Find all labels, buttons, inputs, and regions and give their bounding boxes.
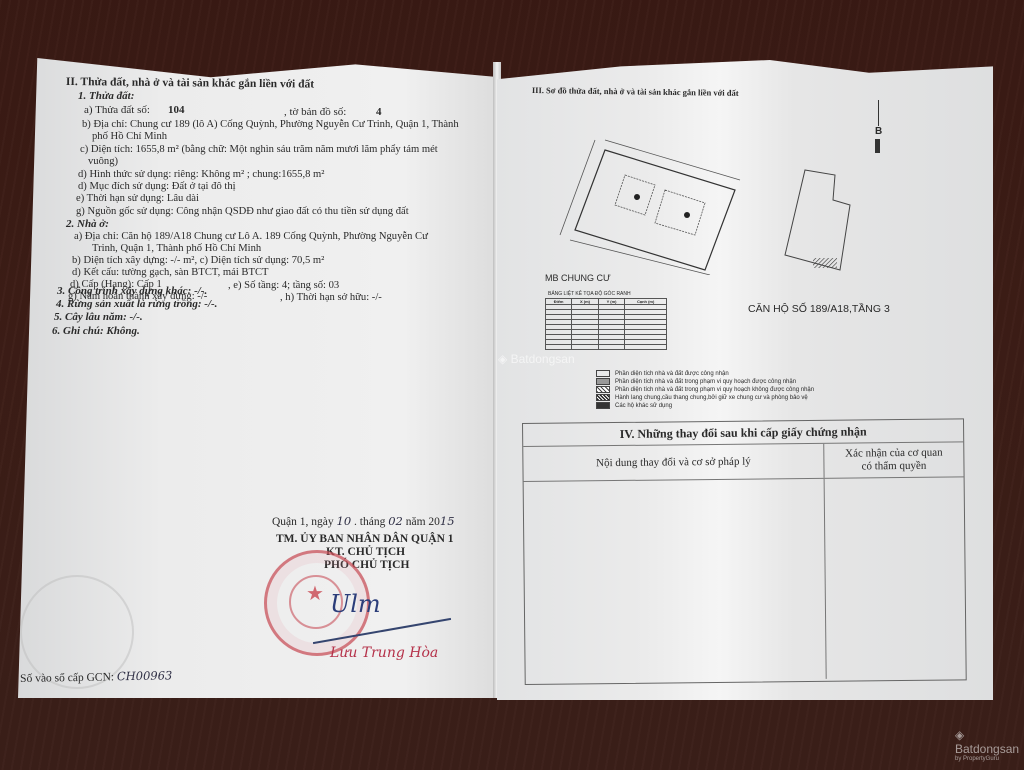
parcel-number-value: 104 [168, 104, 185, 117]
house-ownership-term: , h) Thời hạn sở hữu: -/- [280, 291, 382, 304]
north-arrow: B [875, 100, 882, 153]
parcel-number-label: a) Thửa đất số: [84, 104, 150, 117]
plan-legend: Phần diện tích nhà và đất được công nhận… [596, 370, 814, 410]
legend-swatch-dense-hatch [596, 394, 610, 401]
land-heading: 1. Thửa đất: [78, 90, 134, 103]
changes-table: IV. Những thay đổi sau khi cấp giấy chứn… [522, 418, 967, 685]
date-year-suffix: 15 [440, 514, 455, 528]
changes-col-content: Nội dung thay đổi và cơ sở pháp lý [523, 444, 824, 481]
legend-swatch-dark [596, 402, 610, 409]
site-plan-drawing [545, 135, 745, 275]
changes-content-cell [524, 479, 827, 682]
date-prefix: Quận 1, ngày [272, 516, 334, 528]
legend-item: Phần diện tích nhà và đất trong phạm vi … [596, 378, 814, 386]
scale-bar [875, 139, 880, 153]
legend-swatch-hatch [596, 386, 610, 393]
land-area-line1: c) Diện tích: 1655,8 m² (bằng chữ: Một n… [80, 143, 438, 156]
register-label: Số vào sổ cấp GCN: [20, 671, 114, 685]
date-month-label: . tháng [354, 516, 385, 528]
unit-floor-plan [775, 150, 860, 275]
land-area-line2: vuông) [88, 155, 118, 168]
other-item-construction: 3. Công trình xây dựng khác: -/-. [57, 285, 207, 298]
register-entry: Số vào sổ cấp GCN: CH00963 [20, 669, 172, 686]
coord-row [546, 345, 667, 350]
signer-name: Lưu Trung Hòa [330, 645, 438, 661]
north-arrow-icon [878, 100, 879, 126]
legend-item: Phần diện tích nhà và đất được công nhận [596, 370, 814, 378]
north-label: B [875, 126, 882, 137]
brand-logo-icon: ◈ [955, 728, 964, 742]
star-icon: ★ [306, 581, 324, 606]
watermark-corner: ◈ Batdongsan by PropertyGuru [955, 728, 1024, 762]
site-plan-label: MB CHUNG CƯ [545, 272, 611, 285]
handwritten-signature: Ulm [330, 590, 381, 618]
legend-swatch-gray [596, 378, 610, 385]
issuing-authority: TM. ỦY BAN NHÂN DÂN QUẬN 1 [276, 533, 454, 546]
land-origin: g) Nguồn gốc sử dụng: Công nhận QSDĐ như… [76, 205, 409, 218]
date-year-label: năm 20 [406, 516, 440, 528]
date-day: 10 [337, 514, 352, 528]
date-month: 02 [388, 514, 403, 528]
changes-col-confirmation: Xác nhận của cơ quan có thẩm quyền [824, 442, 963, 477]
legend-item: Các hộ khác sử dụng [596, 402, 814, 410]
other-item-forest: 4. Rừng sản xuất là rừng trồng: -/-. [56, 298, 217, 311]
legend-item: Phần diện tích nhà và đất trong phạm vi … [596, 386, 814, 394]
other-item-note: 6. Ghi chú: Không. [52, 325, 140, 338]
legend-swatch-blank [596, 370, 610, 377]
unit-plan-label: CĂN HỘ SỐ 189/A18,TẦNG 3 [748, 303, 890, 316]
other-item-perennial: 5. Cây lâu năm: -/-. [54, 311, 143, 324]
issue-date: Quận 1, ngày 10 . tháng 02 năm 2015 [272, 515, 455, 529]
watermark-center: ◈ Batdongsan [498, 352, 575, 366]
land-usage-term: e) Thời hạn sử dụng: Lâu dài [76, 192, 199, 205]
legend-item: Hành lang chung,cầu thang chung,bởi giữ … [596, 394, 814, 402]
register-number: CH00963 [117, 668, 173, 683]
coordinate-table: ĐiểmX (m)Y (m)Cạnh (m) [545, 298, 667, 350]
land-address-line2: phố Hồ Chí Minh [92, 130, 167, 143]
